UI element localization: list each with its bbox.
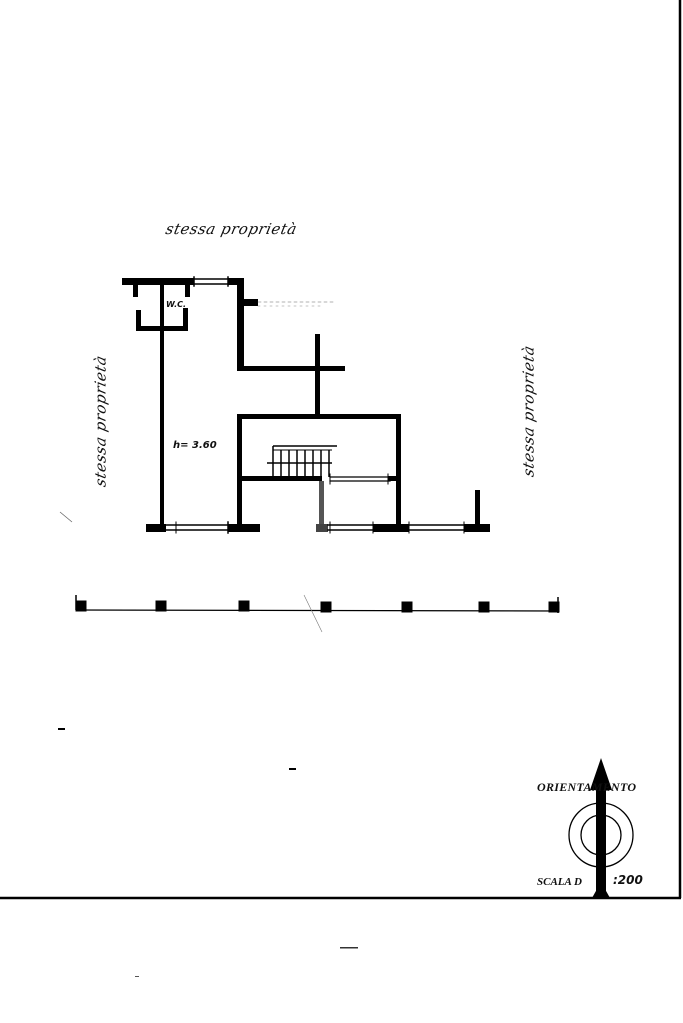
wc-label: W.C. <box>166 300 186 309</box>
neighbor-label-right: stessa proprietà <box>519 344 537 479</box>
staircase <box>267 446 337 477</box>
scale-label: SCALA D <box>537 876 582 888</box>
scale-value: :200 <box>613 873 643 887</box>
scan-artifacts <box>58 512 358 977</box>
drawing-sheet: stessa proprietà stessa proprietà stessa… <box>0 0 683 1023</box>
orientation-title: ORIENTAMENTO <box>537 780 636 795</box>
floor-plan-walls <box>122 277 490 533</box>
neighbor-label-top: stessa proprietà <box>164 220 299 238</box>
scale-bar <box>76 595 559 632</box>
neighbor-label-left: stessa proprietà <box>91 354 109 489</box>
room-height-label: h= 3.60 <box>173 440 217 451</box>
floor-plan-drawing <box>0 0 683 1023</box>
